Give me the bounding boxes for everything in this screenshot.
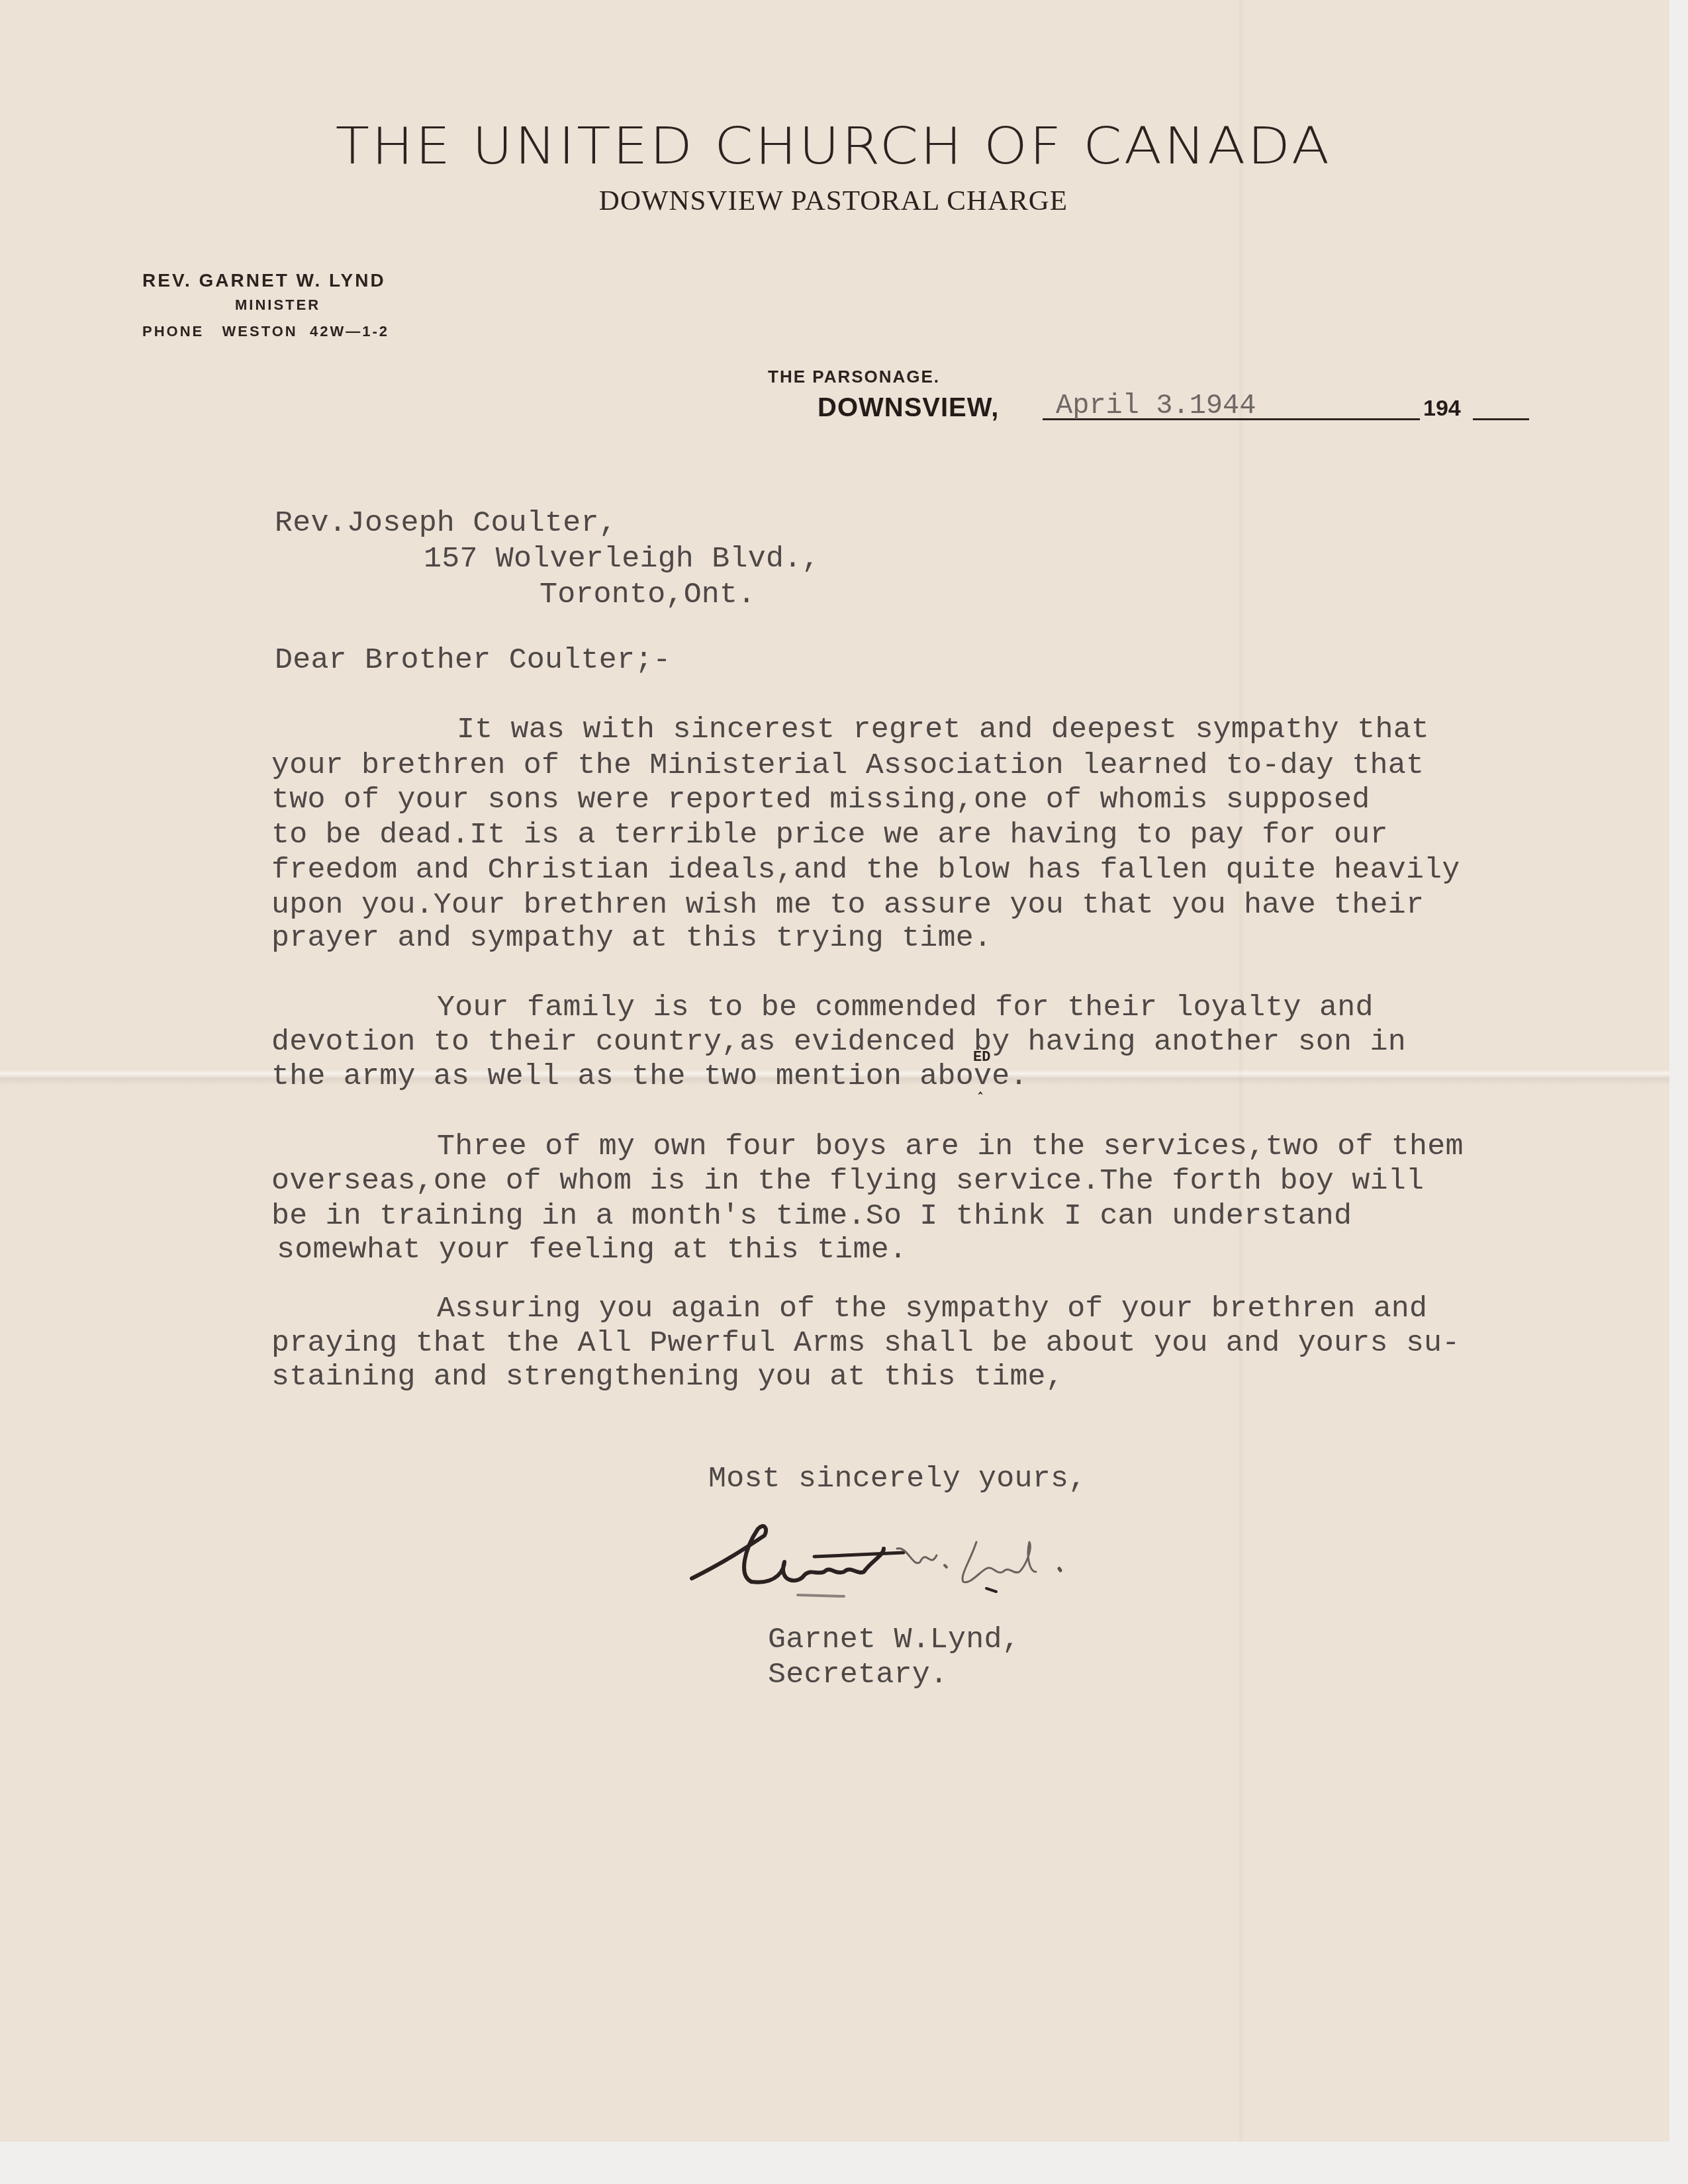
paragraph-line: prayer and sympathy at this trying time. — [271, 923, 992, 953]
recipient-name: Rev.Joseph Coulter, — [275, 508, 617, 538]
handwritten-correction: ED — [973, 1049, 990, 1066]
paragraph-line: staining and strengthening you at this t… — [271, 1362, 1064, 1392]
year-underline — [1473, 418, 1529, 420]
paragraph-line: praying that the All Pwerful Arms shall … — [271, 1328, 1460, 1358]
paragraph-line: Your family is to be commended for their… — [437, 993, 1374, 1023]
salutation: Dear Brother Coulter;- — [275, 645, 671, 675]
paragraph-line: be in training in a month's time.So I th… — [271, 1201, 1352, 1231]
recipient-city: Toronto,Ont. — [539, 580, 755, 610]
paragraph-line: It was with sincerest regret and deepest… — [457, 715, 1429, 745]
letterhead-subtitle: DOWNSVIEW PASTORAL CHARGE — [254, 187, 1413, 215]
paragraph-line: two of your sons were reported missing,o… — [271, 785, 1370, 815]
letter-date: April 3.1944 — [1056, 392, 1256, 420]
paragraph-line: your brethren of the Ministerial Associa… — [271, 751, 1424, 780]
parsonage-label: THE PARSONAGE. — [768, 368, 940, 385]
signer-title: Secretary. — [768, 1660, 948, 1690]
year-prefix: 194 — [1423, 397, 1461, 420]
minister-name: REV. GARNET W. LYND — [142, 271, 386, 290]
paragraph-line: Assuring you again of the sympathy of yo… — [437, 1294, 1427, 1324]
minister-phone: PHONE WESTON 42W—1-2 — [142, 324, 389, 339]
caret-mark: ‸ — [978, 1081, 982, 1095]
handwritten-signature — [685, 1509, 1228, 1621]
paragraph-line: devotion to their country,as evidenced b… — [271, 1027, 1406, 1057]
signer-name: Garnet W.Lynd, — [768, 1625, 1020, 1655]
paragraph-line: the army as well as the two mention abov… — [271, 1062, 1028, 1091]
minister-role: MINISTER — [235, 298, 320, 312]
paragraph-line: freedom and Christian ideals,and the blo… — [271, 855, 1460, 885]
closing: Most sincerely yours, — [708, 1464, 1086, 1494]
paragraph-line: somewhat your feeling at this time. — [277, 1235, 907, 1265]
paragraph-line: overseas,one of whom is in the flying se… — [271, 1166, 1424, 1196]
letter-page: THE UNITED CHURCH OF CANADA DOWNSVIEW PA… — [0, 0, 1669, 2142]
paragraph-line: Three of my own four boys are in the ser… — [437, 1132, 1464, 1161]
place-label: DOWNSVIEW, — [818, 394, 999, 421]
letterhead-title: THE UNITED CHURCH OF CANADA — [254, 120, 1413, 171]
recipient-street: 157 Wolverleigh Blvd., — [424, 544, 820, 574]
paragraph-line: to be dead.It is a terrible price we are… — [271, 820, 1388, 850]
paragraph-line: upon you.Your brethren wish me to assure… — [271, 890, 1424, 920]
